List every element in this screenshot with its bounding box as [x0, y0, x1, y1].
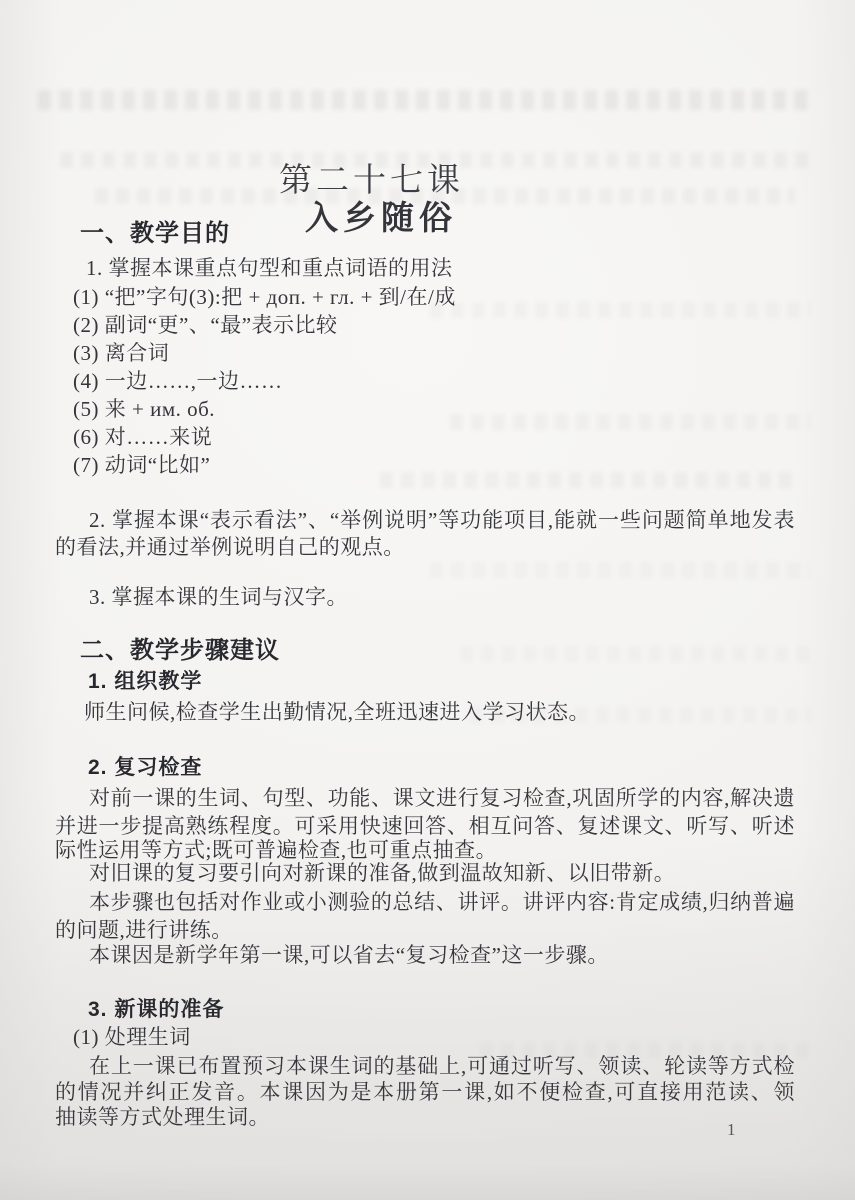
page-number: 1 [727, 1120, 736, 1140]
step-3-para-line-3: 抽读等方式处理生词。 [55, 1104, 270, 1130]
step-2-para-4: 本课因是新学年第一课,可以省去“复习检查”这一步骤。 [89, 942, 609, 968]
step-3-para-line-2: 的情况并纠正发音。本课因为是本册第一课,如不便检查,可直接用范读、领读、轮读、 [55, 1079, 795, 1106]
step-2-para-2: 对旧课的复习要引向对新课的准备,做到温故知新、以旧带新。 [89, 860, 675, 886]
bleed-through-row [430, 562, 810, 578]
grammar-point-5: (5) 来 + им. об. [73, 396, 215, 422]
grammar-point-4: (4) 一边……,一边…… [73, 368, 283, 394]
aim-item-2-line-1: 2. 掌握本课“表示看法”、“举例说明”等功能项目,能就一些问题简单地发表自己 [89, 507, 795, 534]
step-2-para-3-line-2: 的问题,进行讲练。 [55, 917, 233, 943]
aim-item-3: 3. 掌握本课的生词与汉字。 [89, 584, 348, 610]
grammar-point-1: (1) “把”字句(3):把 + доп. + гл. + 到/在/成 [73, 284, 456, 310]
grammar-point-3: (3) 离合词 [73, 340, 169, 366]
aim-item-2-line-2: 的看法,并通过举例说明自己的观点。 [55, 534, 405, 560]
step-2-para-1-line-2: 并进一步提高熟练程度。可采用快速回答、相互问答、复述课文、听写、听述新材料、交 [55, 813, 795, 840]
bleed-through-row [460, 646, 810, 662]
step-1-text: 师生问候,检查学生出勤情况,全班迅速进入学习状态。 [84, 699, 590, 725]
step-2-para-3-line-1: 本步骤也包括对作业或小测验的总结、讲评。讲评内容:肯定成绩,归纳普遍存在 [89, 889, 795, 916]
step-3-para-line-1: 在上一课已布置预习本课生词的基础上,可通过听写、领读、轮读等方式检查预习 [89, 1053, 795, 1080]
grammar-point-7: (7) 动词“比如” [73, 452, 210, 478]
grammar-point-2: (2) 副词“更”、“最”表示比较 [73, 312, 338, 338]
bleed-through-row [430, 302, 810, 318]
step-2-para-1-line-1: 对前一课的生词、句型、功能、课文进行复习检查,巩固所学的内容,解决遗留问题, [89, 785, 795, 812]
step-3-subitem-1: (1) 处理生词 [73, 1024, 191, 1050]
section-heading-teaching-aims: 一、教学目的 [80, 221, 230, 247]
bleed-through-row [38, 90, 813, 110]
step-3-heading: 3. 新课的准备 [88, 997, 224, 1023]
step-1-heading: 1. 组织教学 [88, 669, 202, 695]
bleed-through-row [380, 472, 800, 488]
bleed-through-row [450, 414, 810, 430]
grammar-point-6: (6) 对……来说 [73, 424, 212, 450]
scanned-book-page: 第二十七课 入乡随俗 一、教学目的 1. 掌握本课重点句型和重点词语的用法 (1… [0, 0, 855, 1200]
section-heading-teaching-steps: 二、教学步骤建议 [80, 638, 280, 664]
lesson-name-label: 入乡随俗 [305, 201, 457, 237]
aim-item-1: 1. 掌握本课重点句型和重点词语的用法 [86, 255, 453, 281]
lesson-title: 第二十七课 入乡随俗 [230, 124, 464, 276]
lesson-number-label: 第二十七课 [279, 163, 464, 199]
step-2-heading: 2. 复习检查 [88, 755, 202, 781]
